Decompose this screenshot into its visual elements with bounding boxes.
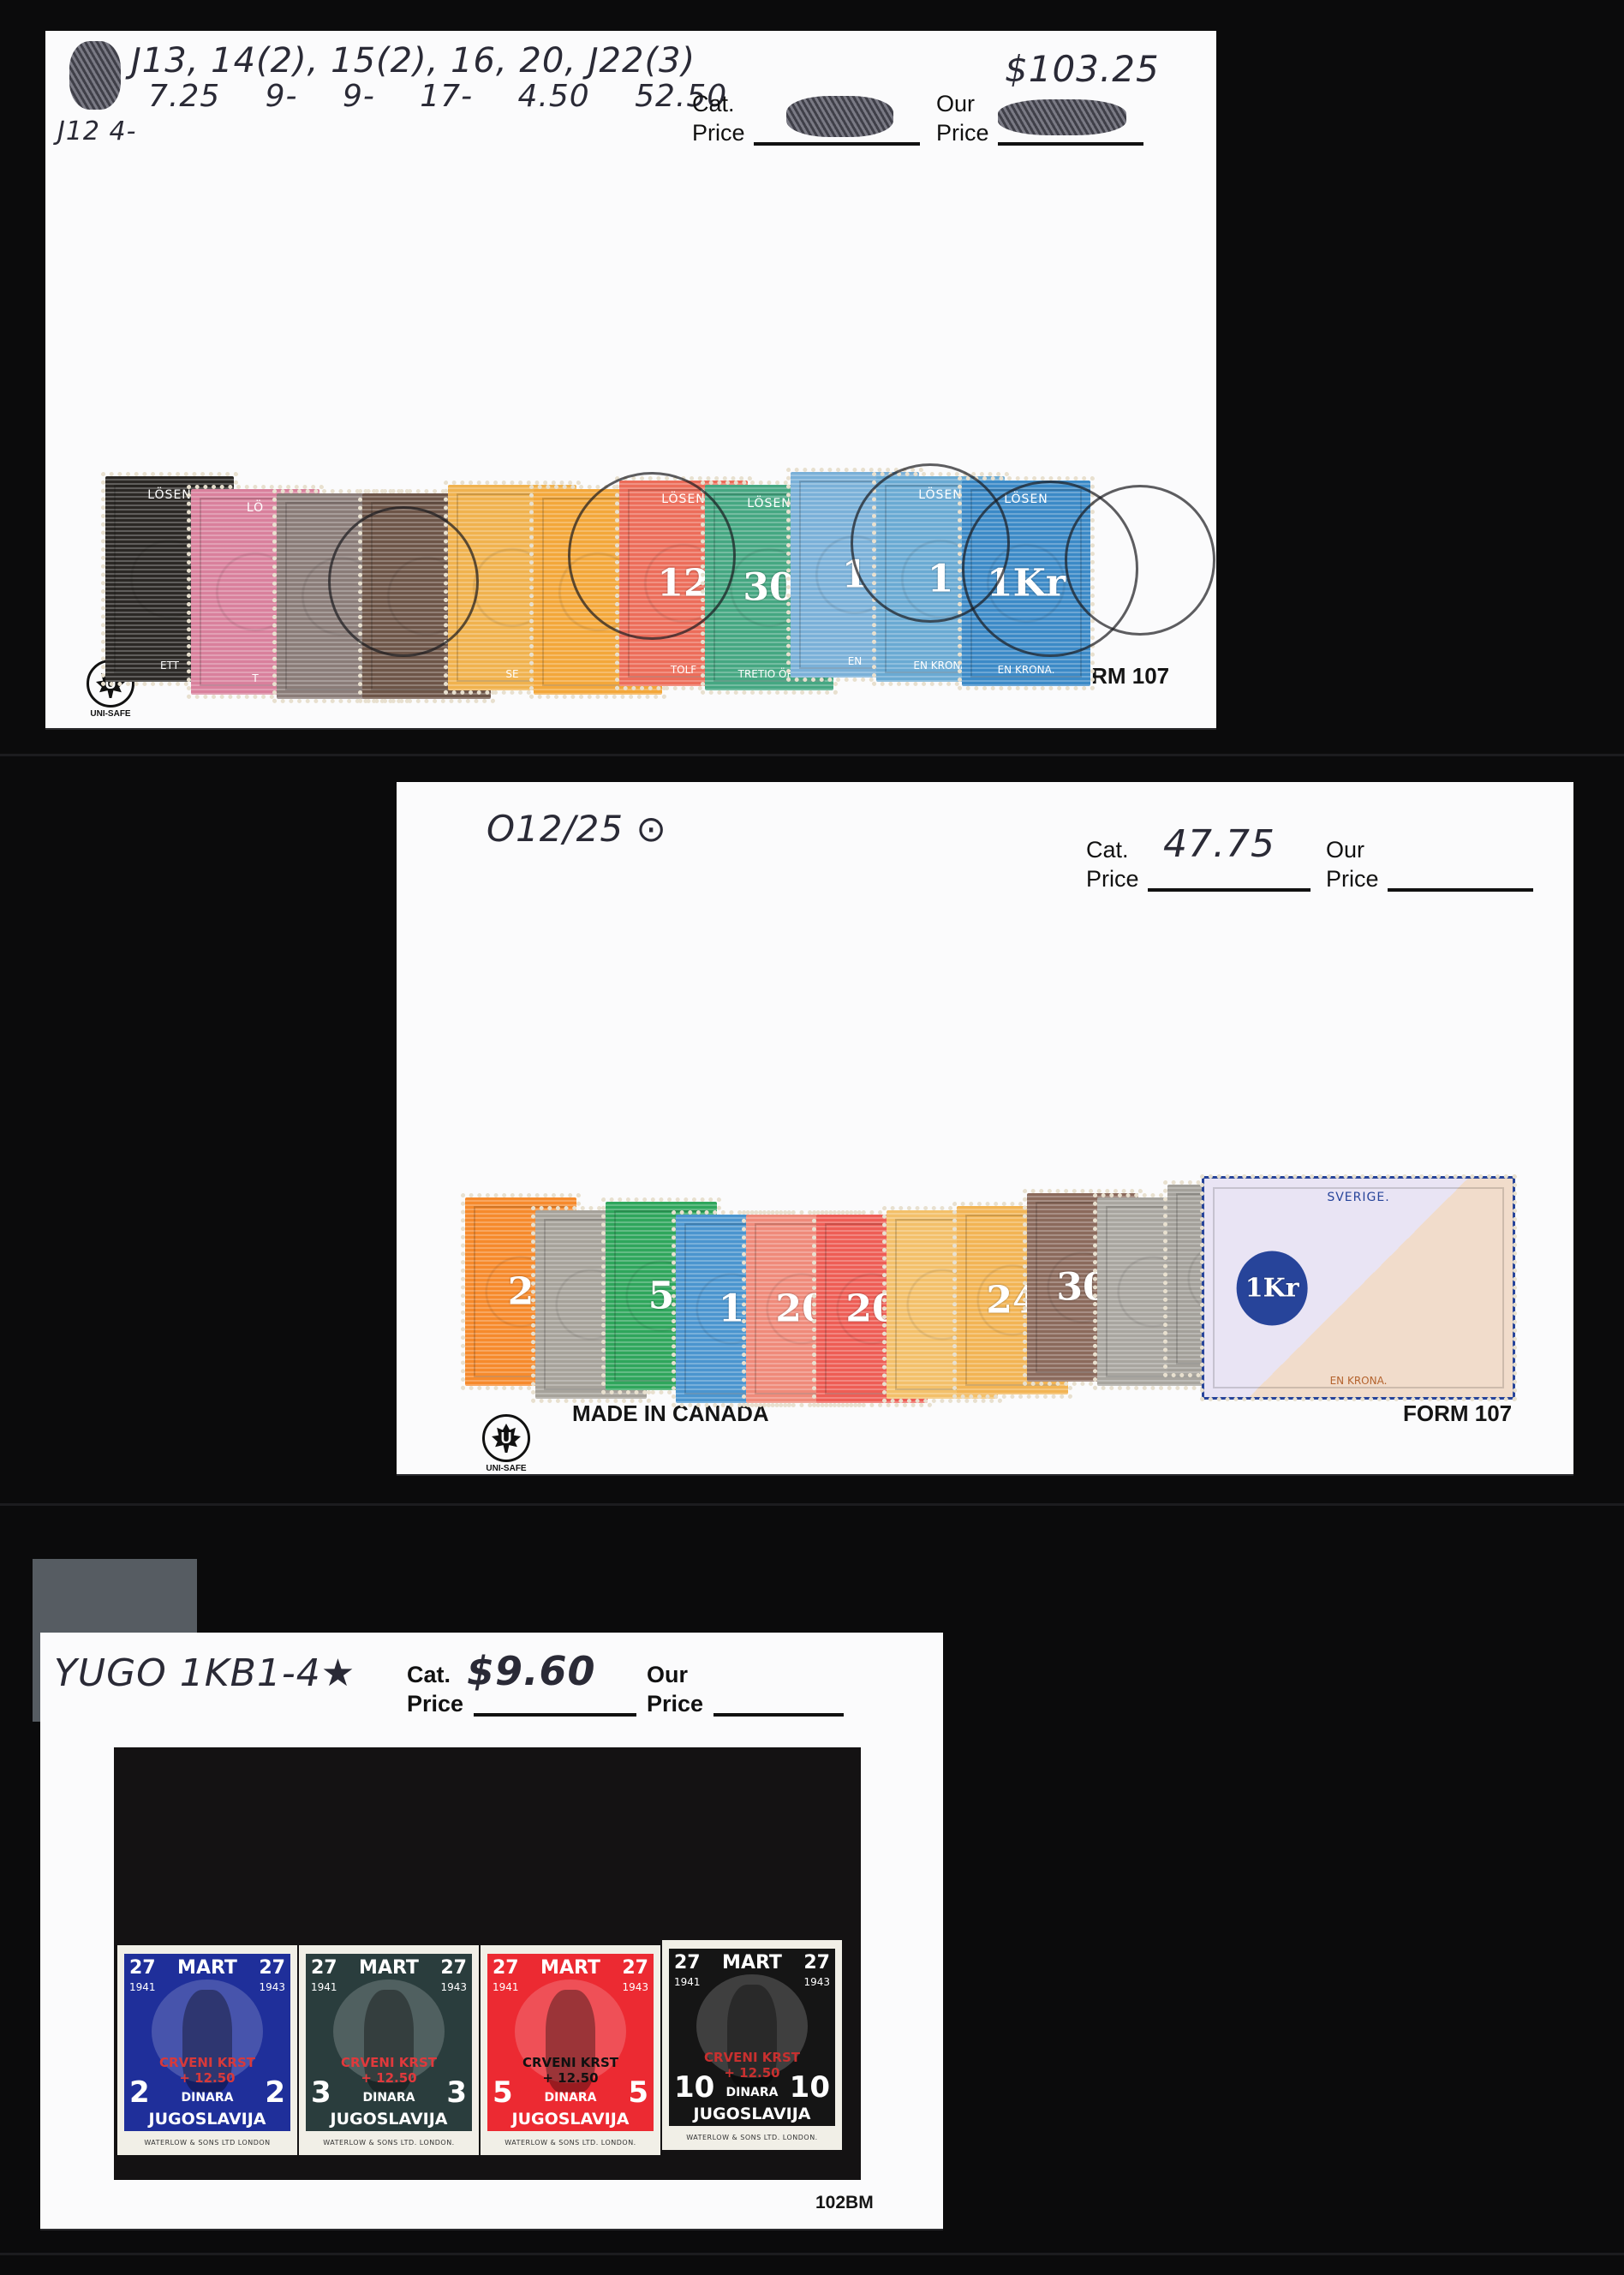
note-line-2: 7.25 9- 9- 17- 4.50 52.50	[148, 79, 727, 114]
cat-price-value: $9.60	[467, 1657, 596, 1686]
stamp: 27MART27 19411943 CRVENI KRST+ 12.50 5DI…	[481, 1945, 660, 2155]
stamp-printer: WATERLOW & SONS LTD. LONDON.	[662, 2134, 842, 2141]
stamp-day: 27	[129, 1957, 156, 1979]
stamp-year-start: 1941	[493, 1981, 519, 1993]
our-price-field: Our Price	[647, 1660, 869, 1729]
our-price-underline	[998, 142, 1143, 146]
stamp-bottom-text: EN KRONA.	[1204, 1375, 1513, 1387]
cat-label: Cat.	[692, 89, 735, 118]
stamp-day: 27	[440, 1957, 467, 1979]
price-label: Price	[407, 1689, 463, 1718]
strip-divider	[0, 2253, 1624, 2255]
our-price-underline	[1388, 888, 1533, 892]
stamp-card-3: YUGO 1KB1-4★ Cat. Price $9.60 Our Price …	[40, 1633, 943, 2229]
stamp-header: MART	[722, 1952, 782, 1973]
cat-price-field: Cat. Price	[692, 89, 966, 158]
stamp-value: 30	[743, 566, 795, 610]
price-label: Price	[692, 118, 745, 147]
uni-safe-logo: U UNI-SAFE	[482, 1414, 530, 1473]
stamp-value: 10	[674, 2073, 714, 2102]
cat-price-underline	[754, 142, 920, 146]
stamp-denomination: DINARA	[182, 2091, 234, 2107]
stamp-value: 3	[446, 2078, 467, 2107]
our-price-field: Our Price	[1326, 835, 1566, 904]
logo-name: UNI-SAFE	[87, 709, 134, 719]
stamp-denomination: DINARA	[545, 2091, 597, 2107]
our-price-field: Our Price $103.25	[936, 89, 1210, 158]
stamp-day: 27	[803, 1952, 830, 1973]
stamp-year-end: 1943	[622, 1981, 648, 1993]
stamp: SVERIGE.1KrEN KRONA.	[1202, 1176, 1515, 1400]
stamp-year-end: 1943	[440, 1981, 467, 1993]
postmark-cancel	[568, 472, 736, 640]
note-line-1: O12/25 ⊙	[487, 808, 667, 850]
stamp-value: 3	[311, 2078, 331, 2107]
stamp-header: MART	[540, 1957, 600, 1979]
stamp-country: JUGOSLAVIJA	[124, 2110, 290, 2129]
stamp-value: 10	[790, 2073, 830, 2102]
cat-price-underline	[474, 1713, 636, 1717]
stamp-value: 1Kr	[1237, 1251, 1308, 1325]
stamp-value: 2	[265, 2078, 285, 2107]
stamp-day: 27	[259, 1957, 285, 1979]
our-price-value: $103.25	[1005, 55, 1160, 84]
stamp-printer: WATERLOW & SONS LTD LONDON	[117, 2139, 297, 2147]
cat-price-field: Cat. Price 47.75	[1086, 835, 1360, 904]
stamp-day: 27	[674, 1952, 701, 1973]
price-label: Price	[1086, 864, 1139, 893]
note-line-1: YUGO 1KB1-4★	[54, 1651, 355, 1695]
postmark-cancel	[1065, 485, 1215, 636]
our-label: Our	[936, 89, 975, 118]
our-price-underline	[713, 1713, 844, 1717]
cat-price-field: Cat. Price $9.60	[407, 1660, 681, 1729]
note-line-1: J13, 14(2), 15(2), 16, 20, J22(3)	[131, 41, 696, 81]
stamp: 27MART27 19411943 CRVENI KRST+ 12.50 3DI…	[299, 1945, 479, 2155]
scribbled-out-our-price	[998, 99, 1126, 135]
cat-price-underline	[1148, 888, 1311, 892]
stamp-row: LÖSENETTLÖTSELÖSEN12TOLFLÖSEN30TRETIO ÖR…	[105, 455, 1150, 695]
stamp-card-2: O12/25 ⊙ Cat. Price 47.75 Our Price U UN…	[397, 782, 1573, 1474]
strip-divider	[0, 754, 1624, 756]
stamp-denomination: DINARA	[363, 2091, 415, 2107]
stamp-country: JUGOSLAVIJA	[306, 2110, 472, 2129]
price-label: Price	[936, 118, 989, 147]
cat-label: Cat.	[407, 1660, 451, 1689]
stamp-card-1: J13, 14(2), 15(2), 16, 20, J22(3) 7.25 9…	[45, 31, 1216, 728]
stamp-value: 5	[493, 2078, 513, 2107]
stamp-top-text: SVERIGE.	[1204, 1191, 1513, 1204]
stamp-header: MART	[177, 1957, 237, 1979]
stamp-bottom-text: EN KRONA.	[962, 664, 1090, 676]
cat-label: Cat.	[1086, 835, 1129, 864]
form-number: 102BM	[815, 2193, 874, 2213]
price-label: Price	[647, 1689, 703, 1718]
stamp: 27MART27 19411943 CRVENI KRST+ 12.50 2DI…	[117, 1945, 297, 2155]
stamp-year-end: 1943	[803, 1976, 830, 1988]
stamp: 27MART27 19411943 CRVENI KRST+ 12.50 10D…	[662, 1940, 842, 2150]
stamp-day: 27	[311, 1957, 337, 1979]
our-label: Our	[1326, 835, 1364, 864]
stamp-year-end: 1943	[259, 1981, 285, 1993]
strip-divider	[0, 1503, 1624, 1506]
stamp-row: 25120202430SVERIGE.1KrEN KRONA.	[465, 1176, 1519, 1416]
stamp-day: 27	[622, 1957, 648, 1979]
stamp-row: 27MART27 19411943 CRVENI KRST+ 12.50 2DI…	[117, 1945, 888, 2168]
stamp-value: 2	[129, 2078, 150, 2107]
maple-leaf-icon: U	[482, 1414, 530, 1462]
stamp-year-start: 1941	[129, 1981, 156, 1993]
stamp-country: JUGOSLAVIJA	[487, 2110, 654, 2129]
stamp-value: 2	[508, 1270, 534, 1314]
stamp-year-start: 1941	[674, 1976, 701, 1988]
cat-price-value: 47.75	[1163, 830, 1275, 859]
stamp-printer: WATERLOW & SONS LTD. LONDON.	[299, 2139, 479, 2147]
stamp-day: 27	[493, 1957, 519, 1979]
logo-name: UNI-SAFE	[482, 1464, 530, 1473]
stamp-printer: WATERLOW & SONS LTD. LONDON.	[481, 2139, 660, 2147]
stamp-value: 5	[648, 1275, 675, 1318]
scribbled-out-cat-price	[786, 96, 893, 137]
scribbled-out-note	[69, 41, 121, 110]
stamp-header: MART	[359, 1957, 419, 1979]
note-line-3: J12 4-	[57, 116, 136, 146]
our-label: Our	[647, 1660, 688, 1689]
price-label: Price	[1326, 864, 1379, 893]
stamp-year-start: 1941	[311, 1981, 337, 1993]
stamp-denomination: DINARA	[726, 2086, 779, 2102]
stamp-value: 1	[719, 1287, 745, 1331]
stamp-country: JUGOSLAVIJA	[669, 2105, 835, 2123]
postmark-cancel	[328, 506, 479, 657]
stamp-value: 5	[628, 2078, 648, 2107]
